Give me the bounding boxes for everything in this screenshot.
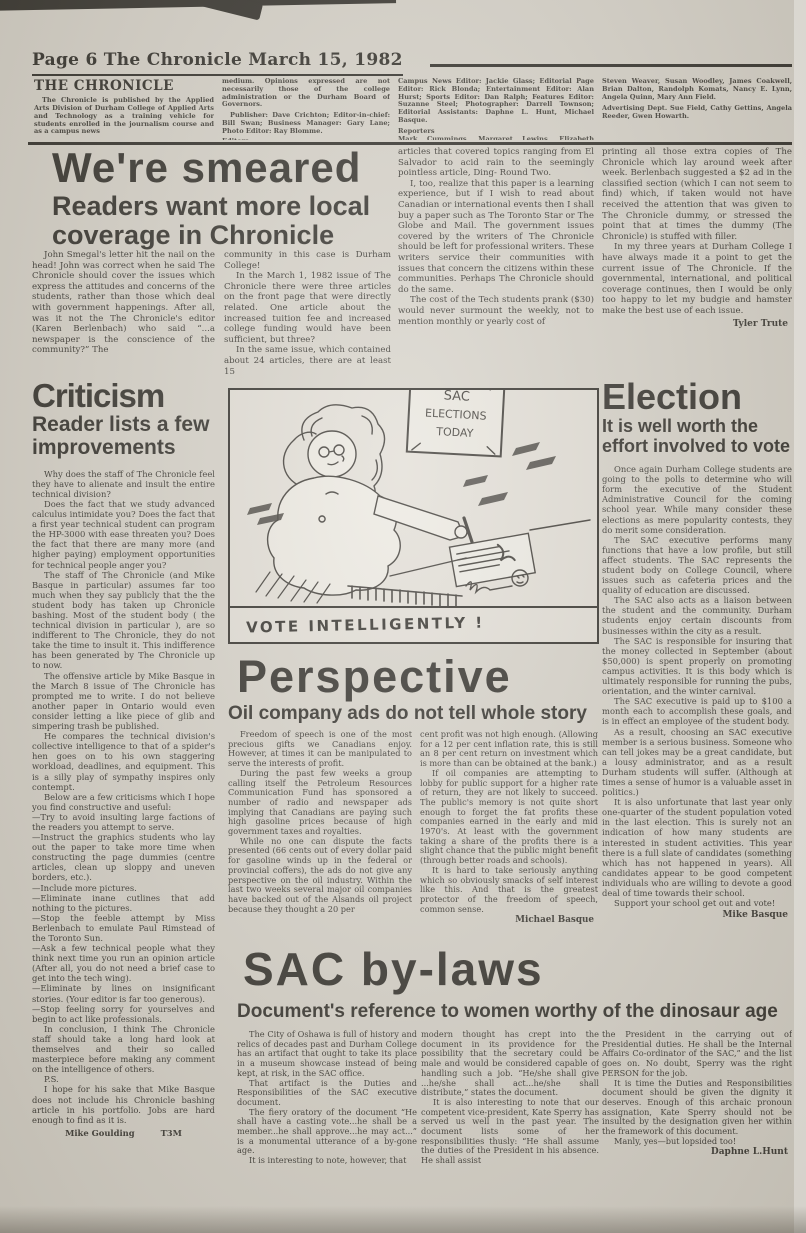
scan-margin-right	[794, 0, 806, 1233]
masthead-about: The Chronicle is published by the Applie…	[34, 97, 214, 136]
masthead-col-2: medium. Opinions expressed are not neces…	[222, 78, 390, 140]
criticism-signature-name: Mike Goulding	[65, 1128, 135, 1138]
perspective-col-1: Freedom of speech is one of the most pre…	[228, 730, 412, 942]
smeared-col-3: articles that covered topics ranging fro…	[398, 147, 594, 376]
election-headline: Election	[602, 380, 792, 414]
cartoon-sign-line1: SAC	[443, 390, 470, 405]
page-title: Page 6 The Chronicle March 15, 1982	[32, 50, 403, 76]
criticism-body: Why does the staff of The Chronicle feel…	[32, 469, 215, 1125]
cartoon-drawing: SAC ELECTIONS TODAY	[230, 390, 597, 608]
masthead-reporters: Mark Cummings, Margaret Lewins, Elizabet…	[398, 136, 594, 140]
cartoon-box: SAC ELECTIONS TODAY VOTE INTELLIGENTLY !	[228, 388, 599, 644]
bylaws-signature: Daphne L.Hunt	[602, 1148, 792, 1158]
criticism-headline: Criticism	[32, 380, 215, 411]
bylaws-headline: SAC by-laws	[243, 948, 544, 992]
masthead-editors-label: Editors	[222, 138, 390, 140]
article-criticism: Criticism Reader lists a few improvement…	[32, 380, 215, 1228]
bylaws-col-1: The City of Oshawa is full of history an…	[237, 1030, 417, 1226]
election-cartoon-svg: SAC ELECTIONS TODAY	[230, 390, 597, 606]
page-header: Page 6 The Chronicle March 15, 1982	[32, 50, 403, 69]
criticism-signature: Mike Goulding T3M	[32, 1128, 215, 1138]
masthead-about-cont: medium. Opinions expressed are not neces…	[222, 78, 390, 109]
perspective-col-2: cent profit was not high enough. (Allowi…	[420, 730, 598, 944]
newspaper-page: Page 6 The Chronicle March 15, 1982 THE …	[0, 0, 806, 1233]
criticism-subhead: Reader lists a few improvements	[32, 414, 212, 459]
smeared-col-4-text: printing all those extra copies of The C…	[602, 147, 792, 317]
bylaws-col-3: the President in the carrying out of Pre…	[602, 1030, 792, 1226]
masthead-col-3: Campus News Editor: Jackie Glass; Editor…	[398, 78, 594, 140]
perspective-signature: Michael Basque	[420, 916, 598, 926]
smeared-col-4: printing all those extra copies of The C…	[602, 147, 792, 377]
smeared-headline: We're smeared	[52, 148, 361, 188]
masthead-advertising: Advertising Dept. Sue Field, Cathy Getti…	[602, 105, 792, 121]
election-body: Once again Durham College students are g…	[602, 464, 792, 908]
election-subhead: It is well worth the effort involved to …	[602, 417, 792, 456]
criticism-signature-class: T3M	[161, 1128, 182, 1138]
smeared-col-2: community in this case is Durham College…	[224, 250, 391, 376]
masthead-col-4: Steven Weaver, Susan Woodley, James Coak…	[602, 78, 792, 140]
perspective-headline: Perspective	[237, 656, 512, 699]
masthead-reporters-2: Steven Weaver, Susan Woodley, James Coak…	[602, 78, 792, 101]
cartoon-sign-line3: TODAY	[435, 425, 474, 440]
article-election: Election It is well worth the effort inv…	[602, 380, 792, 1025]
smeared-signature: Tyler Trute	[602, 319, 792, 330]
scan-artifact-slash	[197, 0, 263, 20]
masthead-staff: Publisher: Dave Crichton; Editor-in-chie…	[222, 112, 390, 135]
masthead-rule-top	[430, 64, 792, 67]
masthead-editors-2: Campus News Editor: Jackie Glass; Editor…	[398, 78, 594, 125]
perspective-subhead: Oil company ads do not tell whole story	[228, 704, 603, 725]
bylaws-col-3-text: the President in the carrying out of Pre…	[602, 1030, 792, 1146]
bylaws-col-2: modern thought has crept into the docume…	[421, 1030, 599, 1226]
smeared-col-1: John Smegal's letter hit the nail on the…	[32, 250, 215, 376]
perspective-col-2-text: cent profit was not high enough. (Allowi…	[420, 730, 598, 914]
smeared-subhead: Readers want more local coverage in Chro…	[52, 192, 402, 250]
cartoon-caption: VOTE INTELLIGENTLY !	[230, 604, 597, 637]
bylaws-subhead: Document's reference to women worthy of …	[237, 1002, 797, 1023]
election-signature: Mike Basque	[602, 910, 792, 920]
masthead-title: THE CHRONICLE	[34, 78, 214, 94]
masthead-col-1: THE CHRONICLE The Chronicle is published…	[34, 78, 214, 140]
